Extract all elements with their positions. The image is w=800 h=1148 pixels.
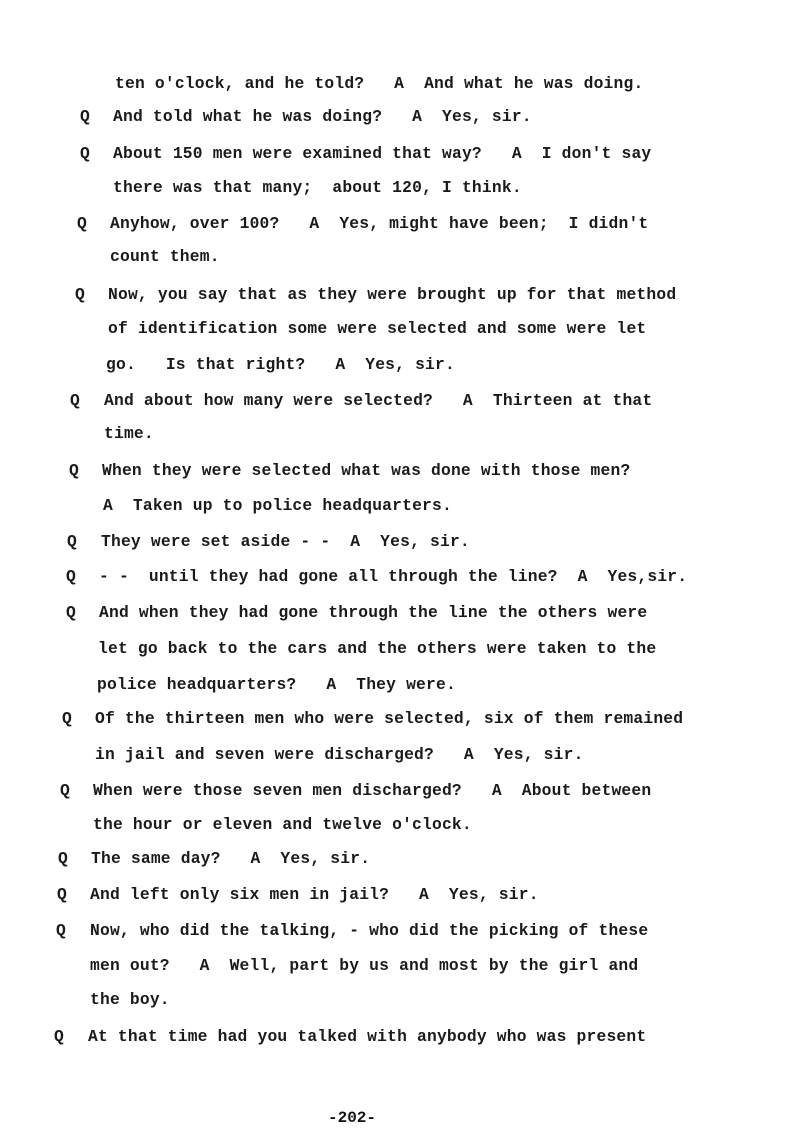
question-marker: Q — [60, 781, 70, 801]
question-marker: Q — [54, 1027, 64, 1047]
transcript-line: Now, who did the talking, - who did the … — [90, 921, 648, 941]
question-marker: Q — [66, 567, 76, 587]
transcript-line: the boy. — [90, 990, 170, 1010]
question-marker: Q — [80, 144, 90, 164]
transcript-line: About 150 men were examined that way? A … — [113, 144, 651, 164]
transcript-line: And told what he was doing? A Yes, sir. — [113, 107, 532, 127]
transcript-line: When were those seven men discharged? A … — [93, 781, 651, 801]
transcript-line: of identification some were selected and… — [108, 319, 646, 339]
transcript-page: ten o'clock, and he told? A And what he … — [0, 0, 800, 1148]
transcript-line: They were set aside - - A Yes, sir. — [101, 532, 470, 552]
transcript-line: Now, you say that as they were brought u… — [108, 285, 676, 305]
question-marker: Q — [62, 709, 72, 729]
transcript-line: the hour or eleven and twelve o'clock. — [93, 815, 472, 835]
question-marker: Q — [70, 391, 80, 411]
transcript-line: in jail and seven were discharged? A Yes… — [95, 745, 584, 765]
transcript-line: men out? A Well, part by us and most by … — [90, 956, 638, 976]
question-marker: Q — [57, 885, 67, 905]
question-marker: Q — [58, 849, 68, 869]
transcript-line: Anyhow, over 100? A Yes, might have been… — [110, 214, 648, 234]
transcript-line: time. — [104, 424, 154, 444]
transcript-line: And when they had gone through the line … — [99, 603, 647, 623]
page-number: -202- — [328, 1108, 376, 1128]
question-marker: Q — [80, 107, 90, 127]
question-marker: Q — [75, 285, 85, 305]
transcript-line: When they were selected what was done wi… — [102, 461, 630, 481]
question-marker: Q — [66, 603, 76, 623]
transcript-line: police headquarters? A They were. — [97, 675, 456, 695]
question-marker: Q — [69, 461, 79, 481]
transcript-line: - - until they had gone all through the … — [99, 567, 687, 587]
transcript-line: let go back to the cars and the others w… — [98, 639, 656, 659]
transcript-line: go. Is that right? A Yes, sir. — [106, 355, 455, 375]
transcript-line: there was that many; about 120, I think. — [113, 178, 522, 198]
transcript-line: At that time had you talked with anybody… — [88, 1027, 646, 1047]
transcript-line: A Taken up to police headquarters. — [103, 496, 452, 516]
question-marker: Q — [56, 921, 66, 941]
question-marker: Q — [77, 214, 87, 234]
transcript-line: count them. — [110, 247, 220, 267]
transcript-line: The same day? A Yes, sir. — [91, 849, 370, 869]
transcript-line: ten o'clock, and he told? A And what he … — [115, 74, 643, 94]
transcript-line: Of the thirteen men who were selected, s… — [95, 709, 683, 729]
question-marker: Q — [67, 532, 77, 552]
transcript-line: And left only six men in jail? A Yes, si… — [90, 885, 539, 905]
transcript-line: And about how many were selected? A Thir… — [104, 391, 652, 411]
